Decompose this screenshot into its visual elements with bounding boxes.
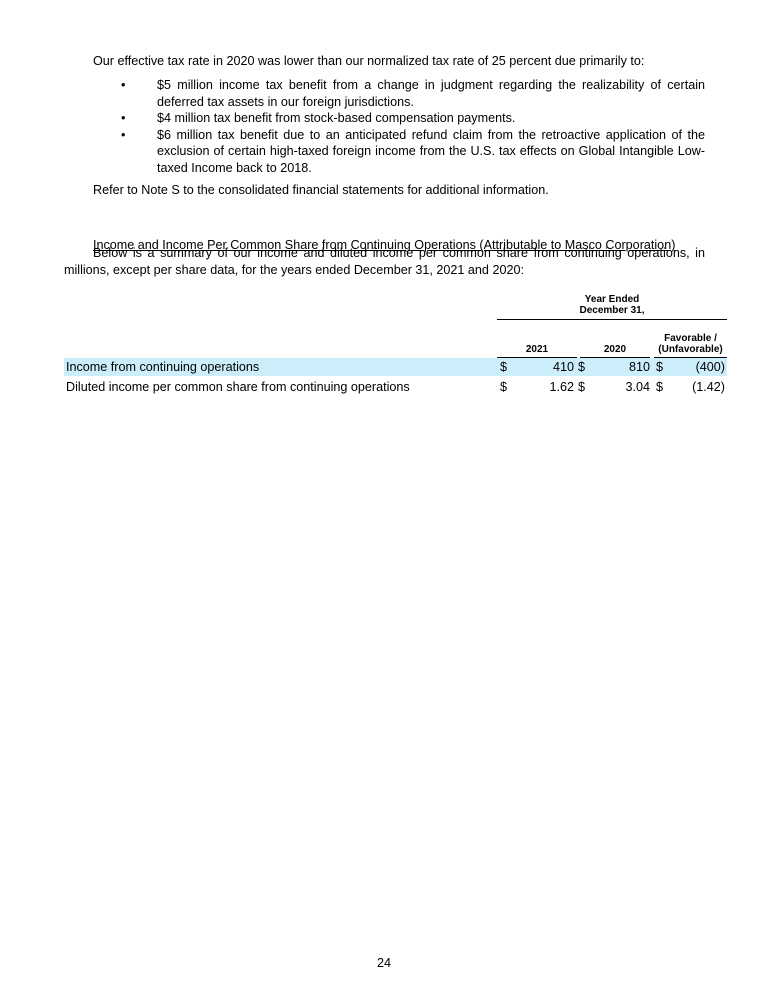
page-number: 24 [0, 956, 768, 970]
header-line: December 31, [497, 305, 727, 316]
bullet-icon: • [121, 77, 125, 94]
value-2020: 3.04 [584, 378, 650, 396]
bullet-icon: • [121, 110, 125, 127]
list-item: • $5 million income tax benefit from a c… [64, 77, 705, 110]
list-item: • $4 million tax benefit from stock-base… [64, 110, 705, 127]
refer-paragraph: Refer to Note S to the consolidated fina… [64, 182, 705, 199]
bullet-icon: • [121, 127, 125, 144]
table-row: Income from continuing operations $ 410 … [64, 358, 727, 376]
column-header-2020: 2020 [580, 344, 650, 355]
value-2021: 1.62 [504, 378, 574, 396]
tax-benefit-list: • $5 million income tax benefit from a c… [64, 77, 705, 176]
list-item-text: $4 million tax benefit from stock-based … [157, 111, 515, 125]
column-header-favorable: Favorable / (Unfavorable) [654, 333, 727, 355]
value-2020: 810 [584, 358, 650, 376]
header-divider [497, 319, 727, 320]
row-label: Income from continuing operations [66, 358, 259, 376]
header-line: (Unfavorable) [654, 344, 727, 355]
column-header-2021: 2021 [497, 344, 577, 355]
row-label: Diluted income per common share from con… [66, 378, 410, 396]
list-item: • $6 million tax benefit due to an antic… [64, 127, 705, 177]
list-item-text: $6 million tax benefit due to an anticip… [157, 128, 705, 175]
table-row: Diluted income per common share from con… [64, 378, 727, 396]
summary-text: Below is a summary of our income and dil… [64, 245, 705, 278]
value-favorable: (1.42) [660, 378, 725, 396]
header-line: Favorable / [654, 333, 727, 344]
year-ended-header: Year Ended December 31, [497, 294, 727, 316]
intro-paragraph: Our effective tax rate in 2020 was lower… [64, 53, 705, 70]
value-favorable: (400) [660, 358, 725, 376]
header-line: Year Ended [497, 294, 727, 305]
value-2021: 410 [504, 358, 574, 376]
list-item-text: $5 million income tax benefit from a cha… [157, 78, 705, 109]
